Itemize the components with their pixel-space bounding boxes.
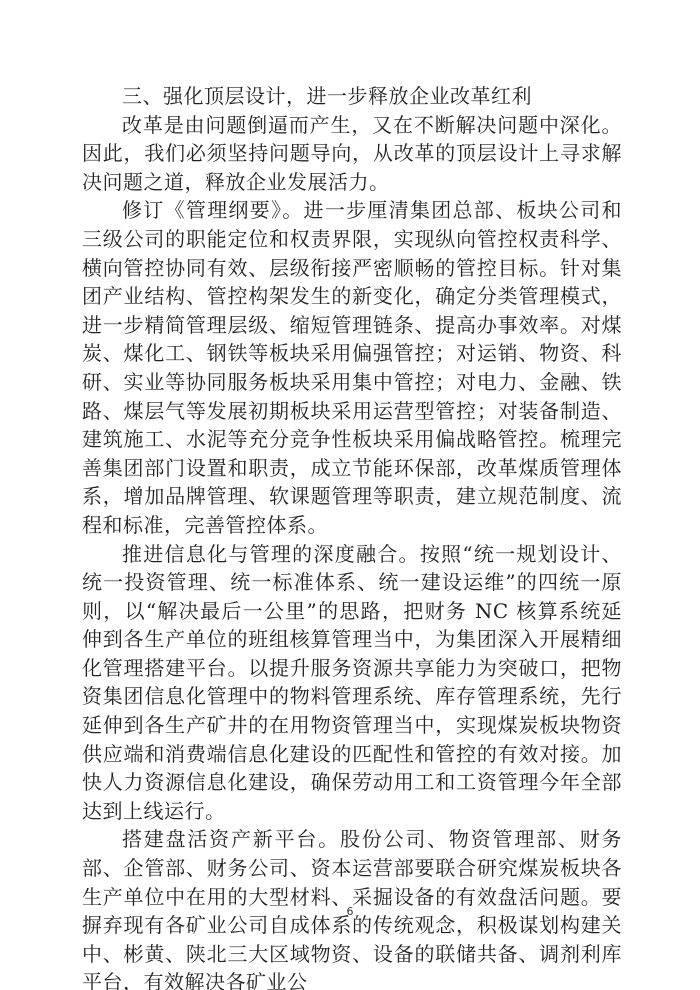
- document-page: 三、强化顶层设计，进一步释放企业改革红利 改革是由问题倒逼而产生，又在不断解决问…: [82, 82, 622, 990]
- paragraph-management-outline: 修订《管理纲要》。进一步厘清集团总部、板块公司和三级公司的职能定位和权责界限，实…: [82, 196, 622, 539]
- section-heading: 三、强化顶层设计，进一步释放企业改革红利: [82, 82, 622, 111]
- paragraph-intro: 改革是由问题倒逼而产生，又在不断解决问题中深化。因此，我们必须坚持问题导向，从改…: [82, 111, 622, 197]
- paragraph-informatization: 推进信息化与管理的深度融合。按照“统一规划设计、统一投资管理、统一标准体系、统一…: [82, 540, 622, 826]
- page-number: 6: [0, 905, 700, 918]
